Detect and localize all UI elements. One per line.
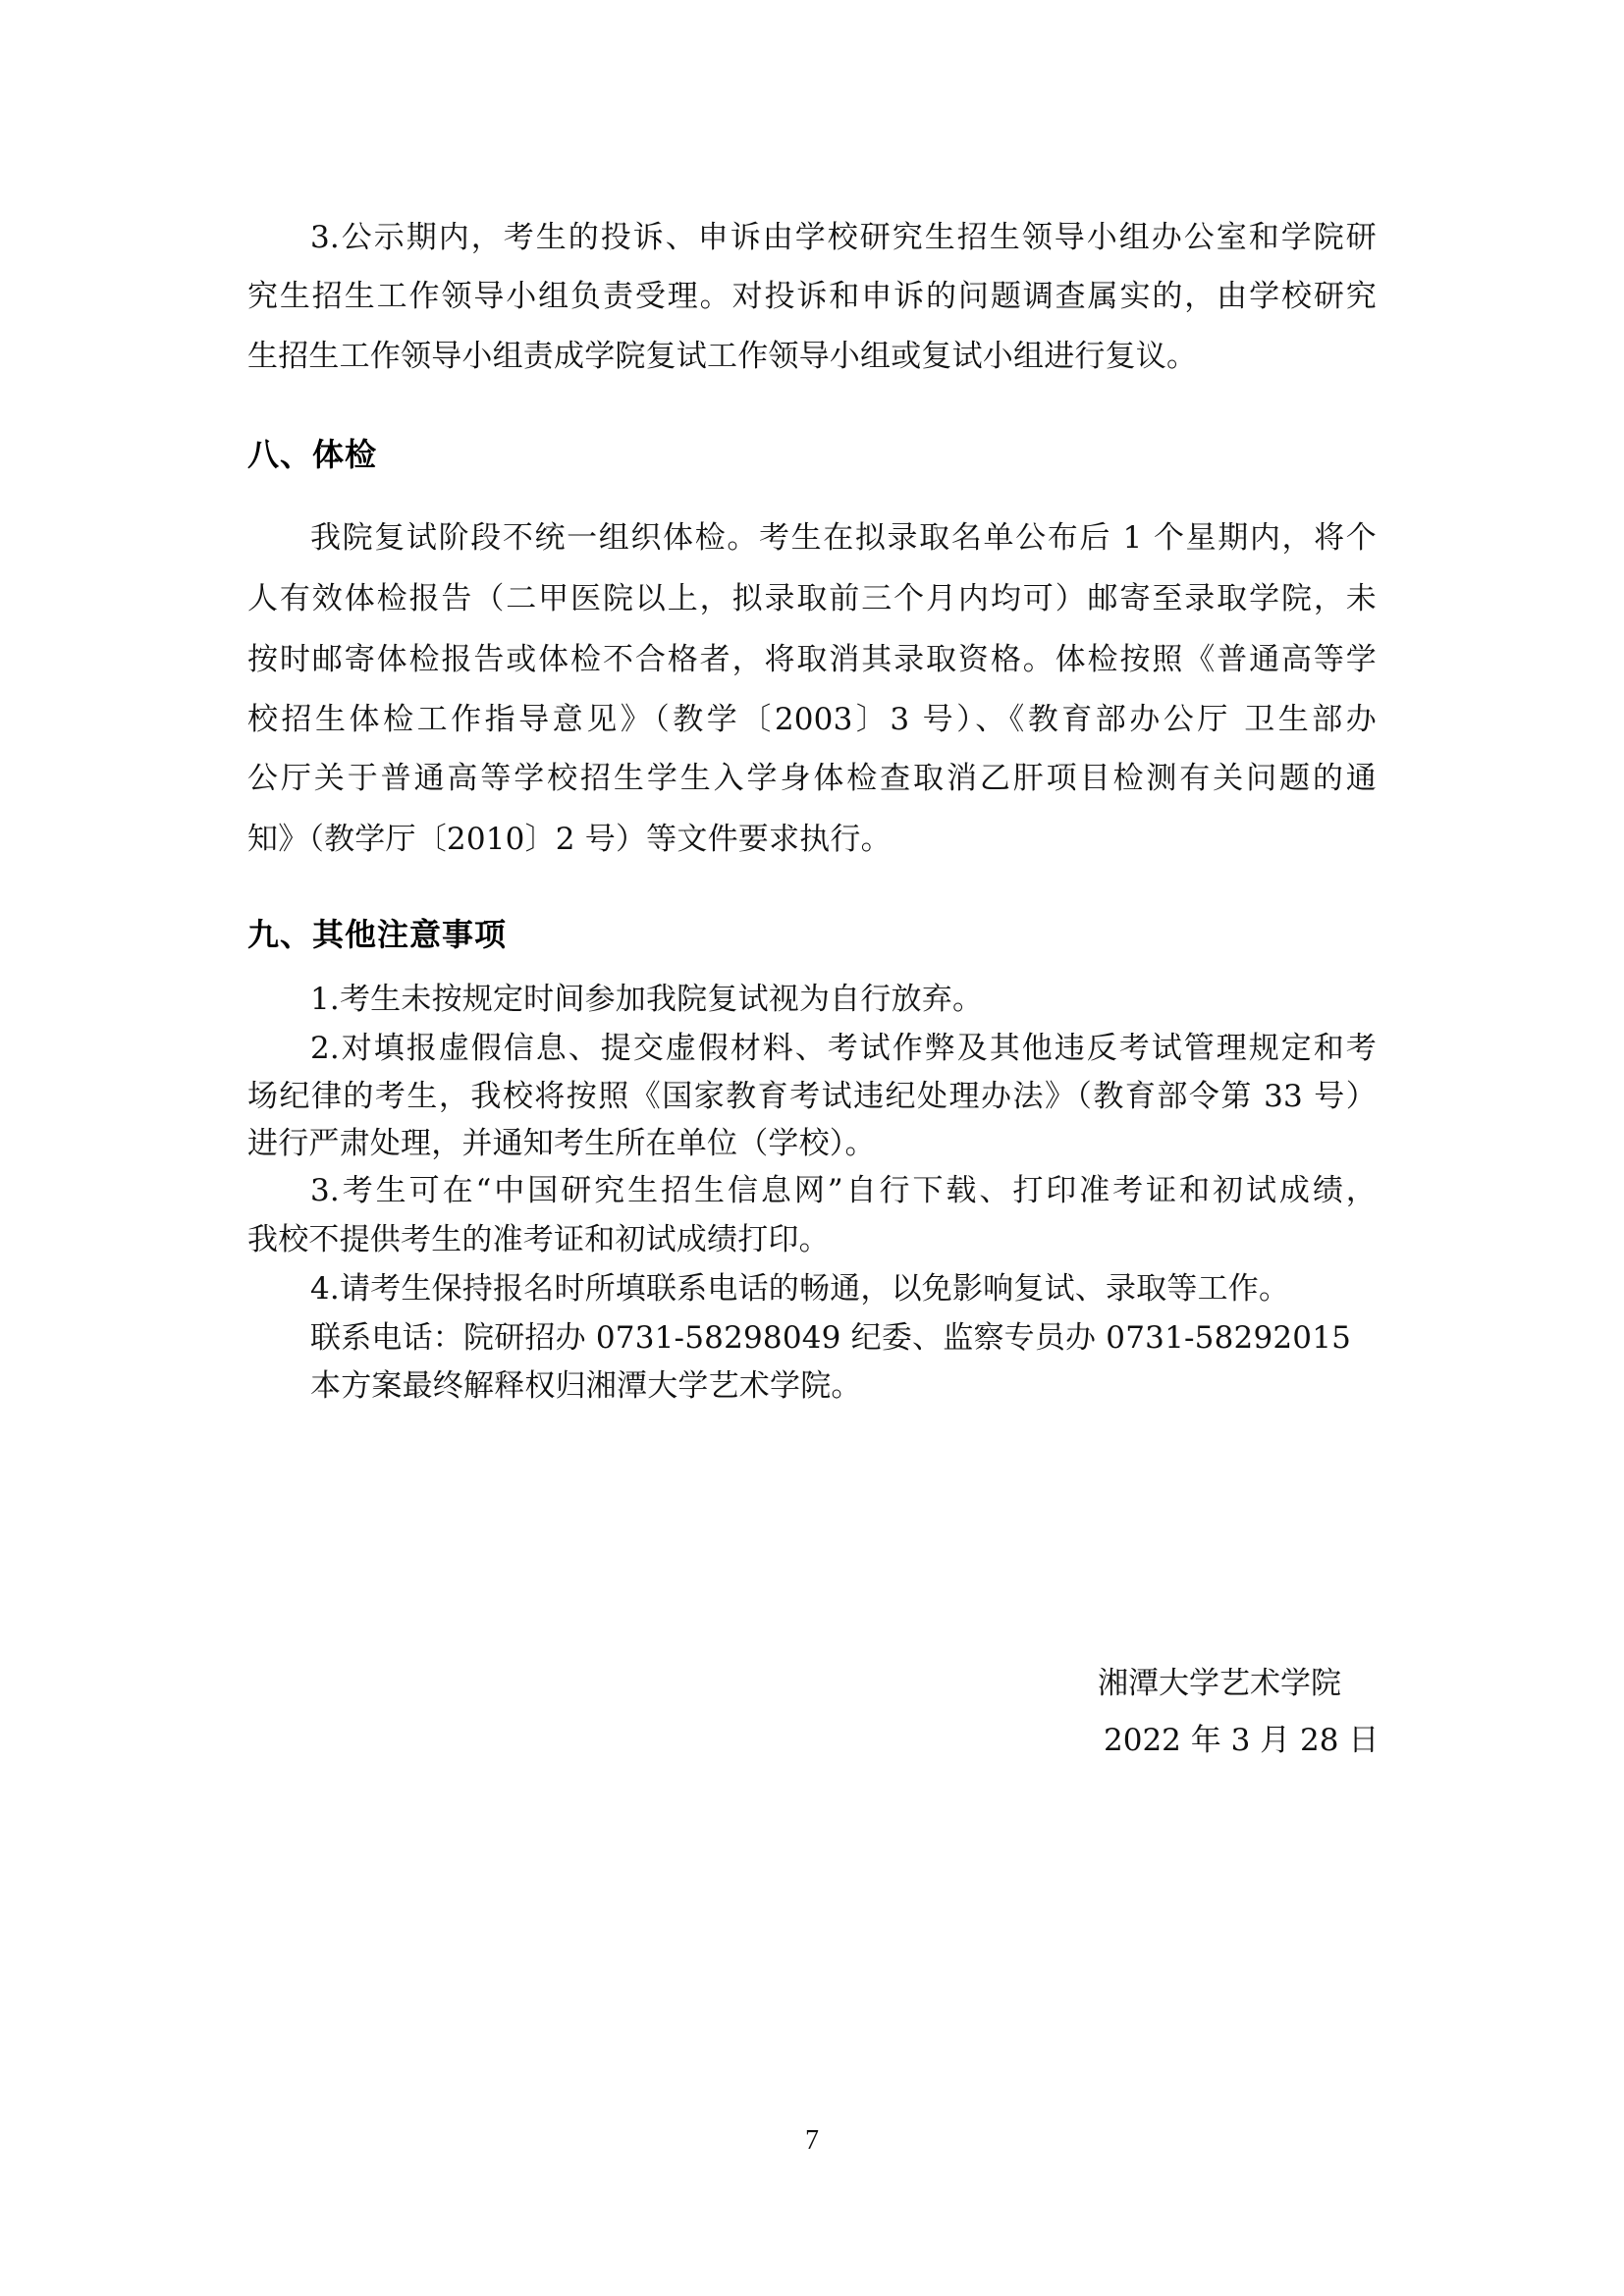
paragraph-line: 3.考生可在“中国研究生招生信息网”自行下载、打印准考证和初试成绩， — [310, 1171, 1377, 1210]
paragraph-line: 生招生工作领导小组责成学院复试工作领导小组或复试小组进行复议。 — [247, 337, 1377, 376]
paragraph-line: 进行严肃处理，并通知考生所在单位（学校）。 — [247, 1124, 1377, 1163]
paragraph-line: 公厅关于普通高等学校招生学生入学身体检查取消乙肝项目检测有关问题的通 — [247, 759, 1377, 798]
paragraph-line: 1.考生未按规定时间参加我院复试视为自行放弃。 — [310, 980, 1377, 1019]
paragraph-line: 校招生体检工作指导意见》（教学〔2003〕3 号）、《教育部办公厅 卫生部办 — [247, 700, 1377, 739]
paragraph-line: 4.请考生保持报名时所填联系电话的畅通，以免影响复试、录取等工作。 — [310, 1269, 1377, 1308]
contact-phone-line: 联系电话：院研招办 0731-58298049 纪委、监察专员办 0731-58… — [310, 1318, 1377, 1358]
page-number: 7 — [800, 2124, 824, 2158]
paragraph-line: 按时邮寄体检报告或体检不合格者，将取消其录取资格。体检按照《普通高等学 — [247, 640, 1377, 679]
paragraph-line: 我院复试阶段不统一组织体检。考生在拟录取名单公布后 1 个星期内，将个 — [310, 518, 1377, 558]
paragraph-line: 我校不提供考生的准考证和初试成绩打印。 — [247, 1220, 1377, 1259]
paragraph-line: 究生招生工作领导小组负责受理。对投诉和申诉的问题调查属实的，由学校研究 — [247, 277, 1377, 316]
paragraph-line: 2.对填报虚假信息、提交虚假材料、考试作弊及其他违反考试管理规定和考 — [310, 1029, 1377, 1068]
signature-date: 2022 年 3 月 28 日 — [1104, 1721, 1379, 1760]
section-heading-other-notes: 九、其他注意事项 — [247, 915, 507, 954]
paragraph-line: 场纪律的考生，我校将按照《国家教育考试违纪处理办法》（教育部令第 33 号） — [247, 1077, 1377, 1116]
paragraph-line: 人有效体检报告（二甲医院以上，拟录取前三个月内均可）邮寄至录取学院，未 — [247, 579, 1377, 618]
paragraph-line: 3.公示期内，考生的投诉、申诉由学校研究生招生领导小组办公室和学院研 — [310, 218, 1377, 257]
section-heading-physical-exam: 八、体检 — [247, 435, 377, 474]
paragraph-line: 本方案最终解释权归湘潭大学艺术学院。 — [310, 1366, 1377, 1406]
signature-organization: 湘潭大学艺术学院 — [1098, 1664, 1341, 1703]
document-page: 3.公示期内，考生的投诉、申诉由学校研究生招生领导小组办公室和学院研 究生招生工… — [0, 0, 1624, 2296]
paragraph-line: 知》（教学厅〔2010〕2 号）等文件要求执行。 — [247, 820, 1377, 859]
